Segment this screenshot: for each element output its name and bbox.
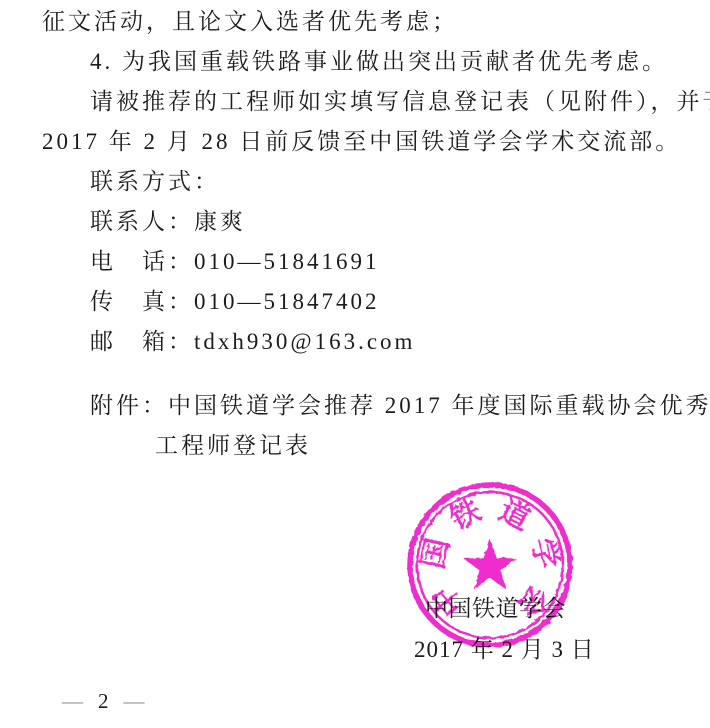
contact-fax: 传 真：010—51847402 xyxy=(42,282,682,322)
attachment-line-2: 工程师登记表 xyxy=(42,426,682,466)
seal-arc-char: 学 xyxy=(525,535,564,571)
attachment-line-1: 附件：中国铁道学会推荐 2017 年度国际重载协会优秀青年 xyxy=(42,386,682,426)
contact-email: 邮 箱：tdxh930@163.com xyxy=(42,322,682,362)
paper-activity-line: 征文活动，且论文入选者优先考虑； xyxy=(42,2,682,42)
page-number-value: 2 xyxy=(98,689,109,713)
contact-person: 联系人：康爽 xyxy=(42,202,682,242)
deadline-line: 2017 年 2 月 28 日前反馈至中国铁道学会学术交流部。 xyxy=(42,122,682,162)
seal-arc-char: 道 xyxy=(494,494,535,537)
letter-body: 征文活动，且论文入选者优先考虑； 4. 为我国重载铁路事业做出突出贡献者优先考虑… xyxy=(42,2,682,466)
item-4-priority-line: 4. 为我国重载铁路事业做出突出贡献者优先考虑。 xyxy=(42,42,682,82)
contact-header: 联系方式： xyxy=(42,162,682,202)
seal-arc-char: 国 xyxy=(416,535,455,571)
page-number: — 2 — xyxy=(62,689,145,713)
registration-form-instruction: 请被推荐的工程师如实填写信息登记表（见附件），并于 xyxy=(42,82,682,122)
star-icon xyxy=(463,539,516,590)
seal-arc-char: 铁 xyxy=(444,493,487,537)
contact-phone: 电 话：010—51841691 xyxy=(42,242,682,282)
page-number-dash-left: — xyxy=(62,689,83,713)
document-page: 征文活动，且论文入选者优先考虑； 4. 为我国重载铁路事业做出突出贡献者优先考虑… xyxy=(0,0,710,728)
official-seal: 中 国 铁 道 学 会 xyxy=(402,477,578,657)
page-number-dash-right: — xyxy=(124,689,145,713)
